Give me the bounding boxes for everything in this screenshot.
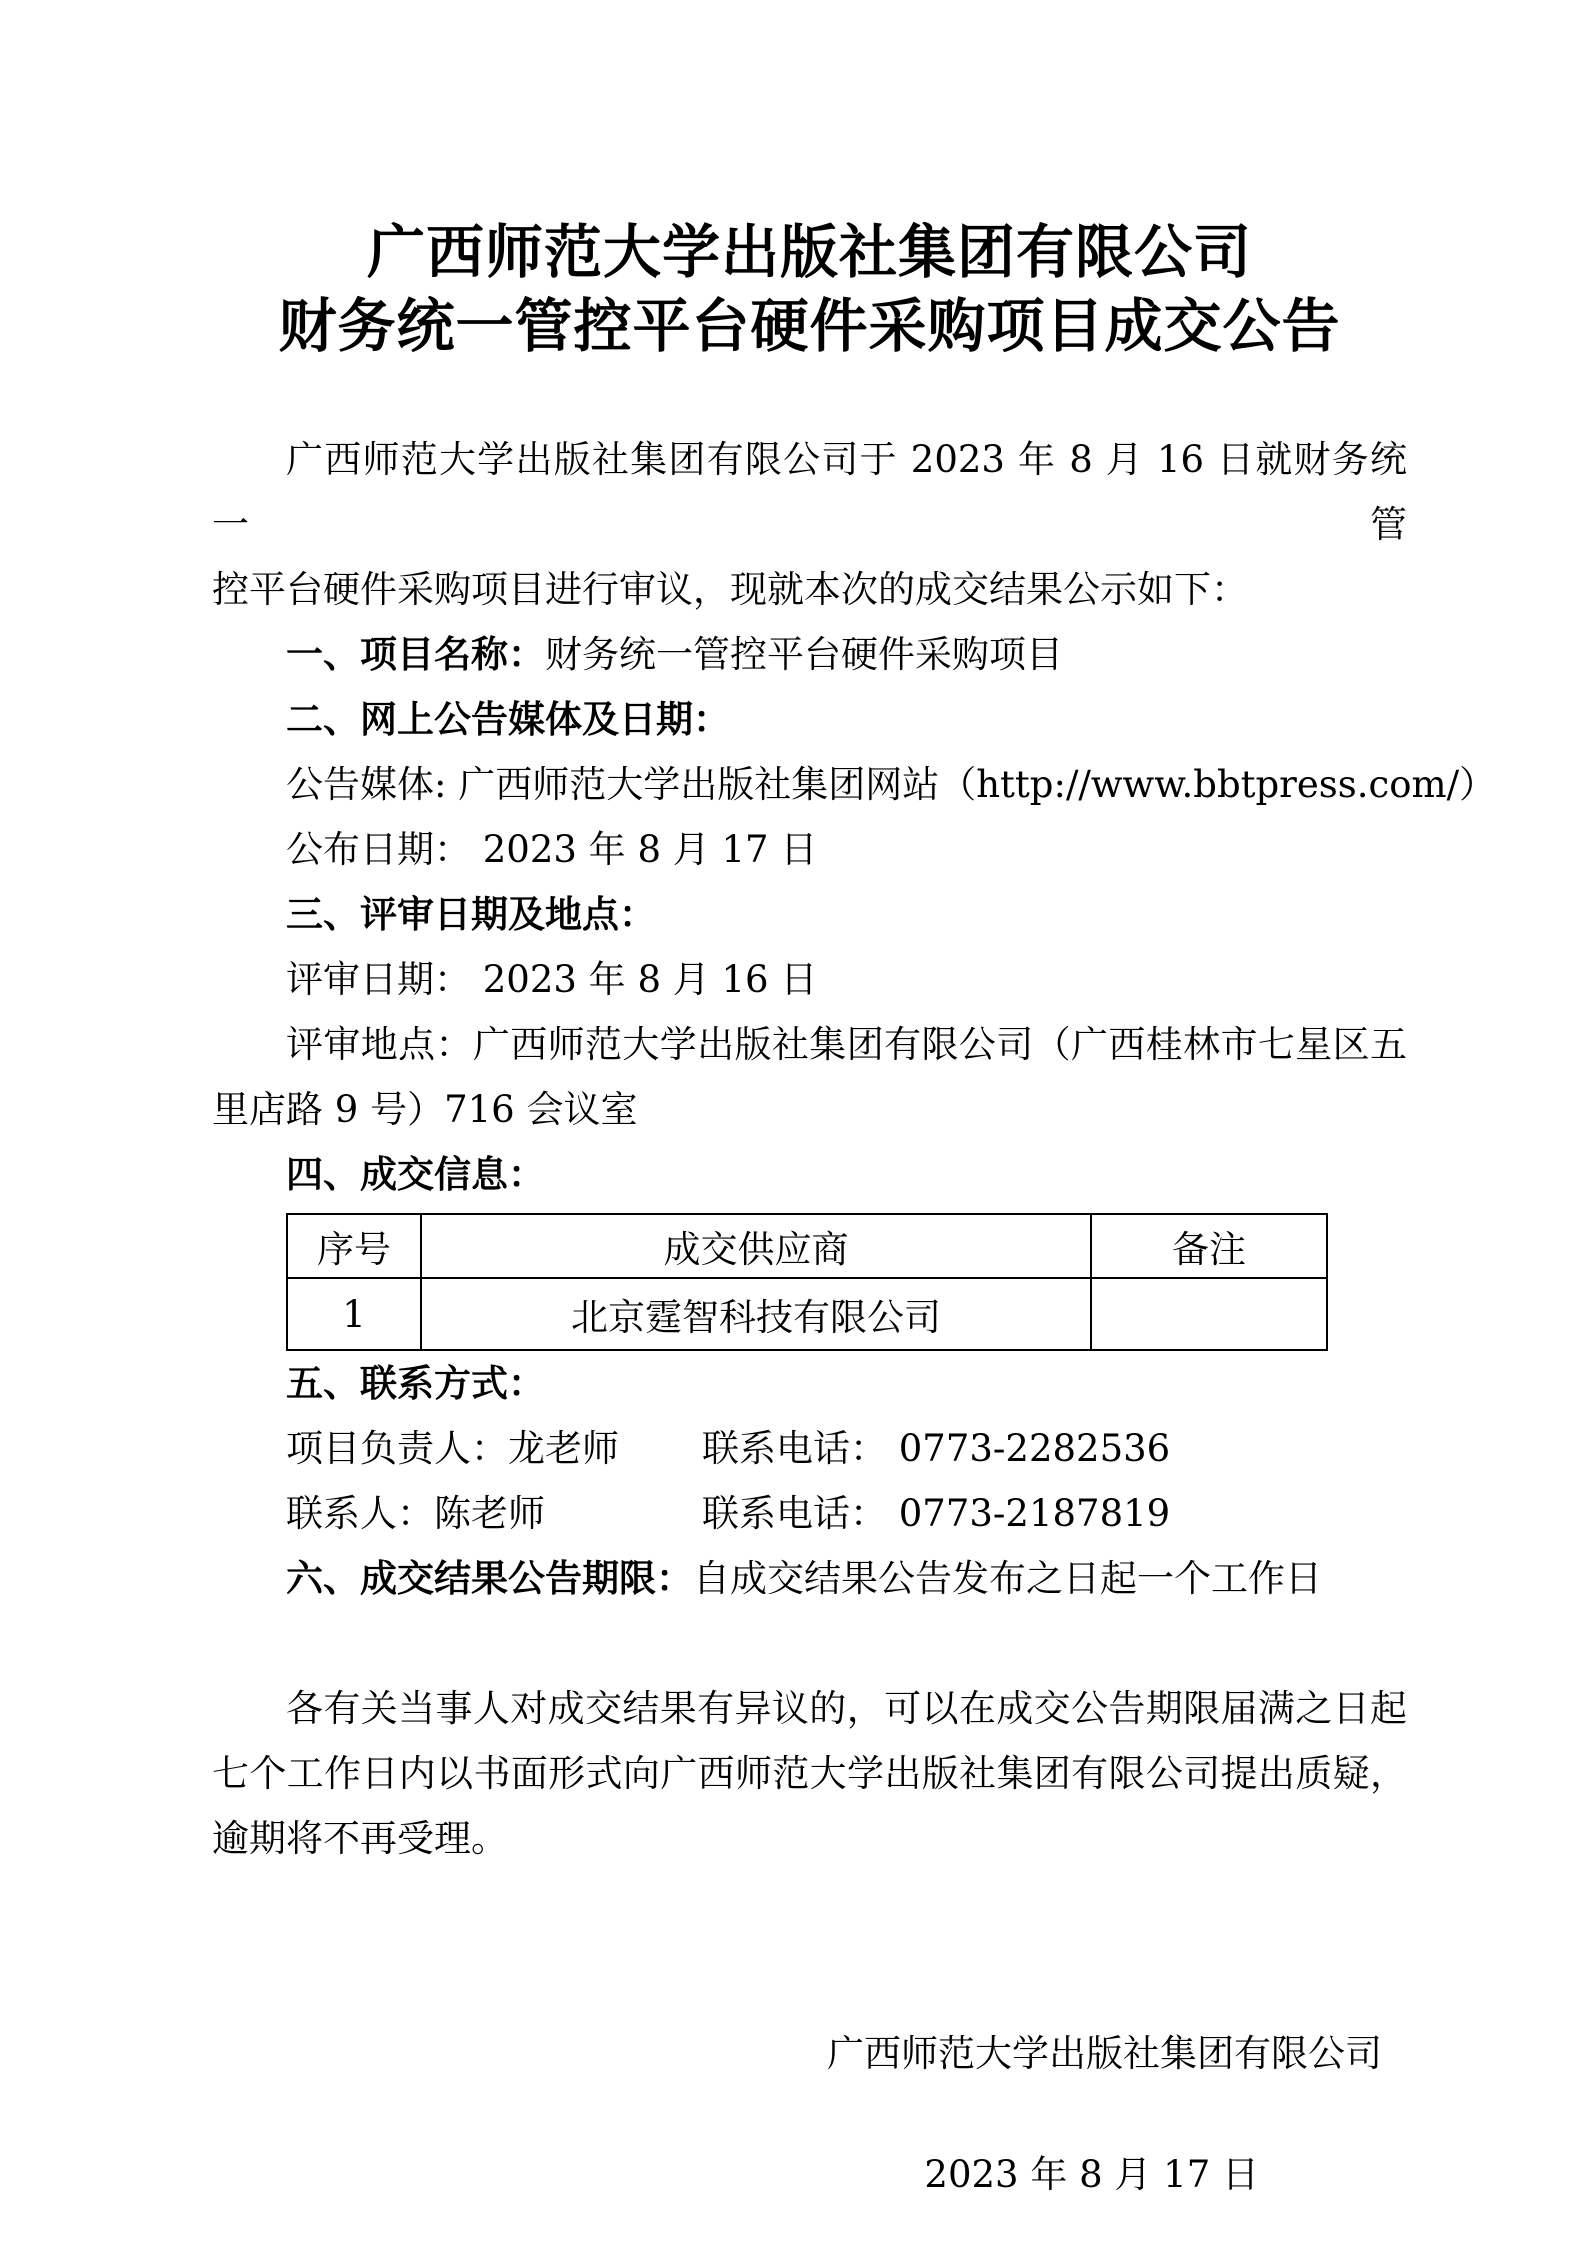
- table-header-no: 序号: [287, 1214, 421, 1278]
- contact2-person: 联系人：陈老师: [286, 1481, 702, 1546]
- title-line-1: 广西师范大学出版社集团有限公司: [212, 215, 1407, 289]
- title-line-2: 财务统一管控平台硬件采购项目成交公告: [212, 289, 1407, 363]
- contact-row-2: 联系人：陈老师联系电话： 0773-2187819: [212, 1481, 1407, 1546]
- award-table: 序号 成交供应商 备注 1 北京霆智科技有限公司: [286, 1213, 1328, 1351]
- section4-label: 四、成交信息：: [212, 1142, 1407, 1207]
- section3-label: 三、评审日期及地点：: [212, 882, 1407, 947]
- contact1-person: 项目负责人：龙老师: [286, 1416, 702, 1481]
- signature-block: 广西师范大学出版社集团有限公司 2023 年 8 月 17 日: [212, 2021, 1407, 2207]
- closing-paragraph: 各有关当事人对成交结果有异议的，可以在成交公告期限届满之日起 七个工作日内以书面…: [212, 1676, 1407, 1871]
- table-header-remark: 备注: [1091, 1214, 1327, 1278]
- closing-line-1: 各有关当事人对成交结果有异议的，可以在成交公告期限届满之日起: [212, 1676, 1407, 1741]
- document-title: 广西师范大学出版社集团有限公司 财务统一管控平台硬件采购项目成交公告: [212, 215, 1407, 363]
- table-header-supplier: 成交供应商: [421, 1214, 1091, 1278]
- award-table-header-row: 序号 成交供应商 备注: [287, 1214, 1327, 1278]
- section3-review-date-line: 评审日期： 2023 年 8 月 16 日: [212, 947, 1407, 1012]
- section6-line: 六、成交结果公告期限：自成交结果公告发布之日起一个工作日: [212, 1546, 1407, 1611]
- section2-label: 二、网上公告媒体及日期：: [212, 687, 1407, 752]
- section5-label: 五、联系方式：: [212, 1351, 1407, 1416]
- table-cell-no: 1: [287, 1278, 421, 1350]
- contact2-phone: 联系电话： 0773-2187819: [702, 1481, 1170, 1546]
- table-row: 1 北京霆智科技有限公司: [287, 1278, 1327, 1350]
- section1-label: 一、项目名称：: [286, 634, 545, 675]
- closing-line-2: 七个工作日内以书面形式向广西师范大学出版社集团有限公司提出质疑，: [212, 1741, 1407, 1806]
- document-content: 广西师范大学出版社集团有限公司 财务统一管控平台硬件采购项目成交公告 广西师范大…: [0, 0, 1587, 2207]
- section2-media-line: 公告媒体: 广西师范大学出版社集团网站（http://www.bbtpress.…: [212, 752, 1407, 817]
- table-cell-supplier: 北京霆智科技有限公司: [421, 1278, 1091, 1350]
- section6-text: 自成交结果公告发布之日起一个工作日: [693, 1557, 1322, 1600]
- intro-line-1: 广西师范大学出版社集团有限公司于 2023 年 8 月 16 日就财务统一管: [212, 427, 1407, 557]
- contact-row-1: 项目负责人：龙老师联系电话： 0773-2282536: [212, 1416, 1407, 1481]
- signature-company: 广西师范大学出版社集团有限公司: [212, 2021, 1407, 2086]
- contact1-phone: 联系电话： 0773-2282536: [702, 1416, 1170, 1481]
- document-body: 广西师范大学出版社集团有限公司于 2023 年 8 月 16 日就财务统一管 控…: [212, 427, 1407, 2207]
- document-page: 广西师范大学出版社集团有限公司 财务统一管控平台硬件采购项目成交公告 广西师范大…: [0, 0, 1587, 2245]
- intro-line-2: 控平台硬件采购项目进行审议，现就本次的成交结果公示如下：: [212, 557, 1407, 622]
- table-cell-remark: [1091, 1278, 1327, 1350]
- section3-venue-line-2: 里店路 9 号）716 会议室: [212, 1077, 1407, 1142]
- closing-line-3: 逾期将不再受理。: [212, 1806, 1407, 1871]
- section3-venue-line-1: 评审地点：广西师范大学出版社集团有限公司（广西桂林市七星区五: [212, 1012, 1407, 1077]
- section1-line: 一、项目名称：财务统一管控平台硬件采购项目: [212, 622, 1407, 687]
- signature-date: 2023 年 8 月 17 日: [212, 2142, 1407, 2207]
- section2-publish-date-line: 公布日期： 2023 年 8 月 17 日: [212, 817, 1407, 882]
- section6-label: 六、成交结果公告期限：: [286, 1558, 693, 1599]
- section1-text: 财务统一管控平台硬件采购项目: [545, 633, 1063, 676]
